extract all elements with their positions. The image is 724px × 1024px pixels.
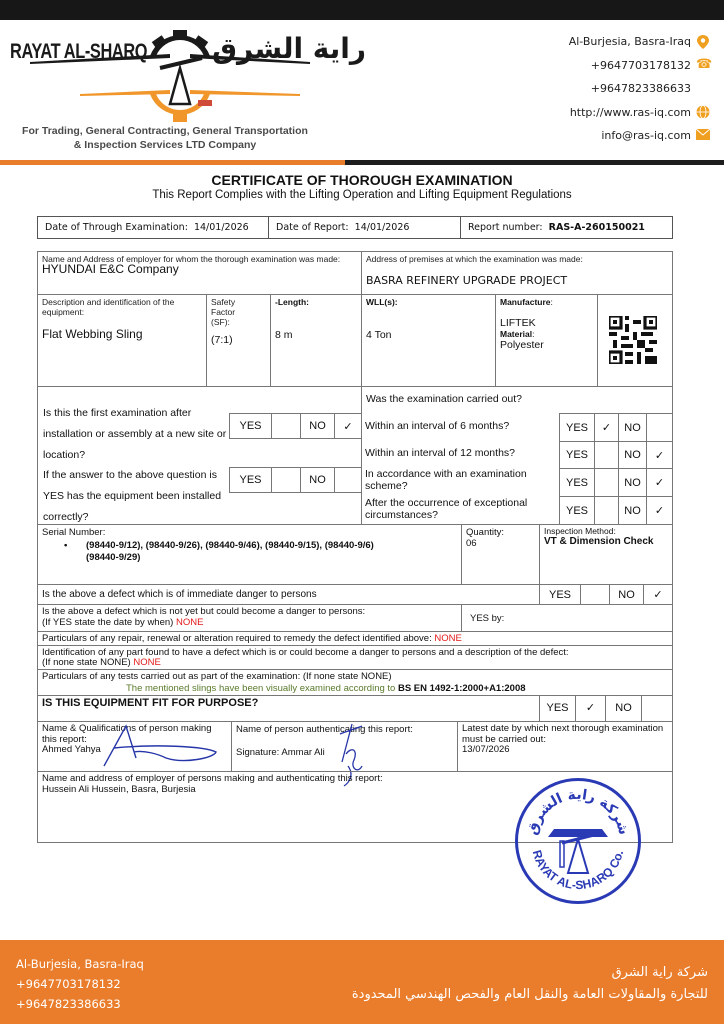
- part-defect-value: NONE: [133, 657, 160, 668]
- location-pin-icon: [696, 35, 710, 49]
- stamp-emblem-icon: شركة راية الشرق RAYAT AL-SHARQ Co.: [518, 781, 638, 901]
- globe-icon: [696, 105, 710, 119]
- installed-no-checkbox[interactable]: [335, 468, 361, 492]
- installed-yes-no: YES NO: [229, 467, 362, 493]
- wll-cell: WLL(s): 4 Ton: [361, 294, 496, 387]
- tests-standard: BS EN 1492-1:2000+A1:2008: [398, 683, 526, 694]
- fit-for-purpose-label: IS THIS EQUIPMENT FIT FOR PURPOSE?: [42, 698, 535, 709]
- 6-months-no-checkbox[interactable]: [647, 414, 672, 441]
- first-exam-yes-checkbox[interactable]: [272, 414, 301, 438]
- immediate-danger-yes-checkbox[interactable]: [581, 585, 610, 604]
- contact-phone-2: +9647823386633: [569, 77, 710, 101]
- quantity-value: 06: [466, 538, 535, 549]
- installed-yes-checkbox[interactable]: [272, 468, 301, 492]
- contact-address: Al-Burjesia, Basra-Iraq: [569, 30, 710, 54]
- company-stamp: شركة راية الشرق RAYAT AL-SHARQ Co.: [515, 778, 641, 904]
- question-12-months: Within an interval of 12 months?: [365, 443, 555, 464]
- maker-signature-icon: [84, 724, 234, 769]
- footer-phone-1: +9647703178132: [16, 974, 144, 994]
- qr-code-icon[interactable]: [609, 316, 657, 364]
- quantity-cell: Quantity: 06: [461, 524, 540, 585]
- scheme-yes-checkbox[interactable]: [595, 469, 619, 496]
- immediate-danger-cell: Is the above a defect which is of immedi…: [37, 584, 540, 605]
- exceptional-yes-checkbox[interactable]: [595, 497, 619, 524]
- question-exam-scheme: In accordance with an examination scheme…: [365, 468, 555, 492]
- 12-months-yes-checkbox[interactable]: [595, 442, 619, 468]
- footer-company-name-ar: شركة راية الشرق: [352, 962, 708, 984]
- certificate-subtitle: This Report Complies with the Lifting Op…: [0, 189, 724, 201]
- footer-contact: Al-Burjesia, Basra-Iraq +9647703178132 +…: [16, 954, 144, 1014]
- envelope-icon: [696, 129, 710, 143]
- tests-cell: Particulars of any tests carried out as …: [37, 669, 673, 696]
- question-installed-correctly: If the answer to the above question is Y…: [43, 465, 228, 528]
- qr-code-cell: [597, 294, 673, 387]
- fit-for-purpose-yes-no: YES ✓ NO: [539, 695, 673, 722]
- 12-months-no-checkbox[interactable]: ✓: [647, 442, 672, 468]
- logo-text-ar: راية الشرق: [212, 32, 366, 65]
- authenticator-cell: Name of person authenticating this repor…: [231, 721, 458, 772]
- fit-no-checkbox[interactable]: [642, 696, 672, 721]
- header-band-dark: [345, 160, 724, 165]
- company-tagline: For Trading, General Contracting, Genera…: [0, 124, 330, 152]
- question-6-months: Within an interval of 6 months?: [365, 416, 555, 437]
- fit-for-purpose-cell: IS THIS EQUIPMENT FIT FOR PURPOSE?: [37, 695, 540, 722]
- report-date: Date of Report: 14/01/2026: [269, 217, 461, 238]
- wll-value: 4 Ton: [366, 330, 491, 341]
- safety-factor-cell: Safety Factor (SF): (7:1): [206, 294, 271, 387]
- header-band-orange: [0, 160, 345, 165]
- first-exam-yes-no: YES NO ✓: [229, 413, 362, 439]
- top-dark-bar: [0, 0, 724, 20]
- future-danger-cell: Is the above a defect which is not yet b…: [37, 604, 462, 632]
- fit-yes-checkbox[interactable]: ✓: [576, 696, 606, 721]
- equipment-desc-cell: Description and identification of the eq…: [37, 294, 207, 387]
- exam-interval-grid: YES ✓ NO YES NO ✓ YES NO ✓ YES NO ✓: [559, 413, 673, 525]
- telephone-icon: ☎: [696, 58, 710, 72]
- 6-months-yes-checkbox[interactable]: ✓: [595, 414, 619, 441]
- immediate-danger-no-checkbox[interactable]: ✓: [644, 585, 672, 604]
- inspection-method-cell: Inspection Method: VT & Dimension Check: [539, 524, 673, 585]
- date-bar: Date of Through Examination: 14/01/2026 …: [37, 216, 673, 239]
- question-exceptional: After the occurrence of exceptional circ…: [365, 497, 555, 521]
- report-maker-cell: Name & Qualifications of person making t…: [37, 721, 232, 772]
- employer-value: HYUNDAI E&C Company: [42, 264, 357, 275]
- page-footer: Al-Burjesia, Basra-Iraq +9647703178132 +…: [0, 940, 724, 1024]
- tagline-line-2: & Inspection Services LTD Company: [0, 138, 330, 152]
- immediate-danger-yes-no: YES NO ✓: [539, 584, 673, 605]
- employer-cell: Name and Address of employer for whom th…: [37, 251, 362, 295]
- length-cell: -Length: 8 m: [270, 294, 362, 387]
- certificate-title: CERTIFICATE OF THOROUGH EXAMINATION: [0, 172, 724, 188]
- contact-info: Al-Burjesia, Basra-Iraq +9647703178132 ☎…: [569, 30, 710, 148]
- tagline-line-1: For Trading, General Contracting, Genera…: [0, 124, 330, 138]
- repair-value: NONE: [434, 633, 461, 644]
- exam-date: Date of Through Examination: 14/01/2026: [38, 217, 269, 238]
- contact-phone-1: +9647703178132 ☎: [569, 54, 710, 78]
- serial-number-cell: Serial Number: • (98440-9/12), (98440-9/…: [37, 524, 462, 585]
- footer-address: Al-Burjesia, Basra-Iraq: [16, 954, 144, 974]
- contact-website[interactable]: http://www.ras-iq.com: [569, 101, 710, 125]
- first-exam-no-checkbox[interactable]: ✓: [335, 414, 361, 438]
- length-value: 8 m: [275, 330, 357, 341]
- next-exam-cell: Latest date by which next thorough exami…: [457, 721, 673, 772]
- future-danger-value: NONE: [176, 617, 203, 628]
- footer-phone-2: +9647823386633: [16, 994, 144, 1014]
- exceptional-no-checkbox[interactable]: ✓: [647, 497, 672, 524]
- manufacture-value: LIFTEK: [500, 318, 593, 329]
- exam-carried-out-heading: Was the examination carried out?: [366, 394, 668, 405]
- inspection-method-value: VT & Dimension Check: [544, 536, 668, 547]
- footer-company-ar: شركة راية الشرق للتجارة والمقاولات العام…: [352, 962, 708, 1006]
- question-first-exam: Is this the first examination after inst…: [43, 403, 228, 466]
- contact-email[interactable]: info@ras-iq.com: [569, 124, 710, 148]
- scheme-no-checkbox[interactable]: ✓: [647, 469, 672, 496]
- premises-value: BASRA REFINERY UPGRADE PROJECT: [366, 275, 668, 286]
- yes-by-cell: YES by:: [461, 604, 673, 632]
- safety-factor-value: (7:1): [211, 335, 266, 346]
- footer-company-desc-ar: للتجارة والمقاولات العامة والنقل العام و…: [352, 984, 708, 1006]
- repair-cell: Particulars of any repair, renewal or al…: [37, 631, 673, 646]
- logo-text-en: RAYAT AL-SHARQ: [10, 40, 147, 64]
- svg-text:RAYAT AL-SHARQ Co.: RAYAT AL-SHARQ Co.: [530, 848, 626, 892]
- part-defect-cell: Identification of any part found to have…: [37, 645, 673, 670]
- report-number: Report number: RAS-A-260150021: [461, 217, 672, 238]
- material-value: Polyester: [500, 340, 593, 351]
- premises-cell: Address of premises at which the examina…: [361, 251, 673, 295]
- manufacture-cell: Manufacture: LIFTEK Material: Polyester: [495, 294, 598, 387]
- serial-number-list: • (98440-9/12), (98440-9/26), (98440-9/4…: [64, 540, 457, 564]
- equipment-desc-value: Flat Webbing Sling: [42, 329, 202, 340]
- next-exam-date: 13/07/2026: [462, 745, 668, 756]
